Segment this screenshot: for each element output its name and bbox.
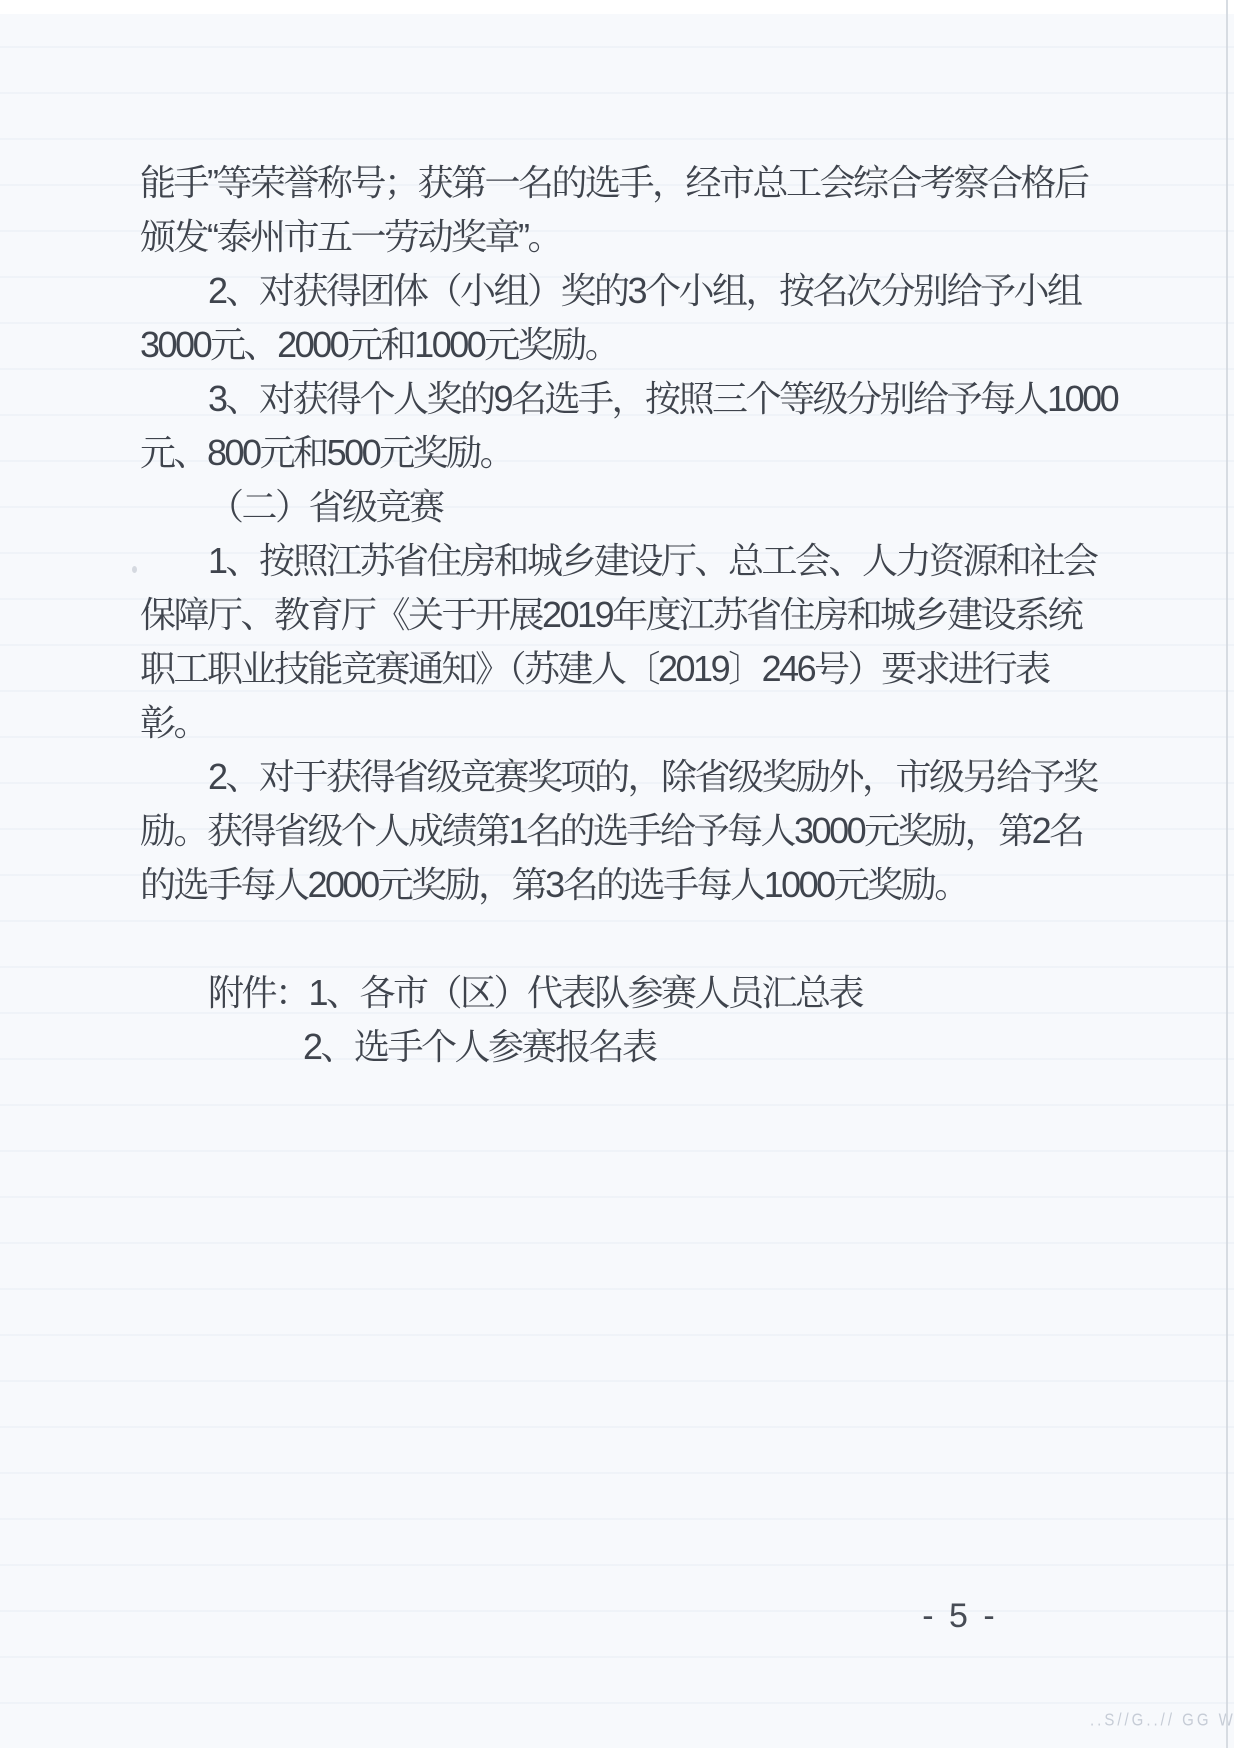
- text-line: 彰。: [140, 696, 1105, 750]
- text-line: 职工职业技能竞赛通知》（苏建人〔2019〕246号）要求进行表: [140, 642, 1105, 696]
- scan-artifact-marks: ..S//G..// GG W: [1090, 1711, 1234, 1731]
- text-line: 颁发“泰州市五一劳动奖章”。: [140, 210, 1105, 264]
- text-line: 2、对获得团体（小组）奖的3个小组，按名次分别给予小组: [140, 264, 1105, 318]
- attachment-line-1: 附件：1、各市（区）代表队参赛人员汇总表: [140, 966, 1105, 1020]
- text-line: 3、对获得个人奖的9名选手，按照三个等级分别给予每人1000: [140, 372, 1105, 426]
- attachment-line-2: 2、选手个人参赛报名表: [140, 1020, 1105, 1074]
- text-line: 3000元、2000元和1000元奖励。: [140, 318, 1105, 372]
- scan-top-strip: [0, 0, 1234, 14]
- section-heading: （二）省级竞赛: [140, 480, 1105, 534]
- scan-edge-line: [1226, 0, 1228, 1748]
- text-line: 元、800元和500元奖励。: [140, 426, 1105, 480]
- text-line: 能手”等荣誉称号；获第一名的选手，经市总工会综合考察合格后: [140, 156, 1105, 210]
- text-line: 1、按照江苏省住房和城乡建设厅、总工会、人力资源和社会: [140, 534, 1105, 588]
- text-line: 励。获得省级个人成绩第1名的选手给予每人3000元奖励，第2名: [140, 804, 1105, 858]
- scanned-document-page: 能手”等荣誉称号；获第一名的选手，经市总工会综合考察合格后 颁发“泰州市五一劳动…: [0, 0, 1234, 1748]
- document-body: 能手”等荣誉称号；获第一名的选手，经市总工会综合考察合格后 颁发“泰州市五一劳动…: [140, 156, 1105, 1074]
- blank-line: [140, 912, 1105, 966]
- text-line: 2、对于获得省级竞赛奖项的，除省级奖励外，市级另给予奖: [140, 750, 1105, 804]
- scan-speck: [132, 566, 137, 573]
- page-number: - 5 -: [895, 1594, 1025, 1638]
- text-line: 的选手每人2000元奖励，第3名的选手每人1000元奖励。: [140, 858, 1105, 912]
- text-line: 保障厅、教育厅《关于开展2019年度江苏省住房和城乡建设系统: [140, 588, 1105, 642]
